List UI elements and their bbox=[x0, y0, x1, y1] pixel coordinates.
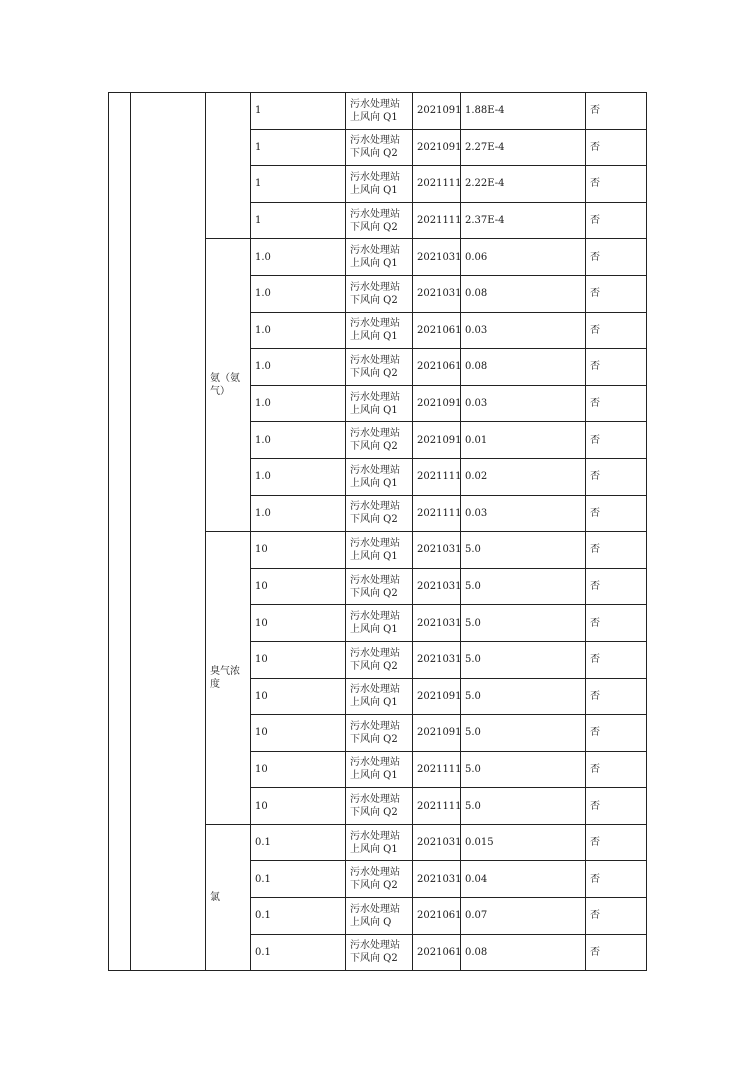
limit-cell: 10 bbox=[251, 568, 346, 605]
measured-value-cell: 0.01 bbox=[461, 422, 586, 459]
limit-cell: 0.1 bbox=[251, 824, 346, 861]
exceed-standard-cell: 否 bbox=[586, 349, 647, 386]
measured-value-cell: 0.04 bbox=[461, 861, 586, 898]
limit-cell: 10 bbox=[251, 641, 346, 678]
monitoring-point-cell: 污水处理站上风向 Q1 bbox=[346, 751, 413, 788]
limit-cell: 10 bbox=[251, 788, 346, 825]
monitoring-point-cell: 污水处理站下风向 Q2 bbox=[346, 202, 413, 239]
monitoring-point-line2: 下风向 Q2 bbox=[350, 587, 408, 600]
measured-value-cell: 0.06 bbox=[461, 239, 586, 276]
date-cell: 20210316 bbox=[413, 532, 461, 569]
date-cell: 20210615 bbox=[413, 349, 461, 386]
exceed-standard-cell: 否 bbox=[586, 239, 647, 276]
monitoring-point-line2: 上风向 Q1 bbox=[350, 550, 408, 563]
exceed-standard-cell: 否 bbox=[586, 824, 647, 861]
monitoring-point-line2: 下风向 Q2 bbox=[350, 733, 408, 746]
monitoring-results-table: 1污水处理站上风向 Q1202109171.88E-4否1污水处理站下风向 Q2… bbox=[108, 92, 647, 971]
exceed-standard-cell: 否 bbox=[586, 568, 647, 605]
monitoring-point-line1: 污水处理站 bbox=[350, 903, 408, 916]
monitoring-point-line2: 下风向 Q2 bbox=[350, 294, 408, 307]
monitoring-point-line1: 污水处理站 bbox=[350, 647, 408, 660]
limit-cell: 10 bbox=[251, 715, 346, 752]
monitoring-point-cell: 污水处理站下风向 Q2 bbox=[346, 861, 413, 898]
date-cell: 20210316 bbox=[413, 568, 461, 605]
measured-value-cell: 0.08 bbox=[461, 275, 586, 312]
category-column-cell bbox=[131, 93, 206, 971]
exceed-standard-cell: 否 bbox=[586, 495, 647, 532]
date-cell: 20211118 bbox=[413, 788, 461, 825]
monitoring-point-cell: 污水处理站下风向 Q2 bbox=[346, 275, 413, 312]
limit-cell: 1 bbox=[251, 166, 346, 203]
monitoring-point-cell: 污水处理站上风向 Q1 bbox=[346, 532, 413, 569]
monitoring-point-line1: 污水处理站 bbox=[350, 574, 408, 587]
measured-value-cell: 5.0 bbox=[461, 605, 586, 642]
exceed-standard-cell: 否 bbox=[586, 934, 647, 971]
monitoring-point-line2: 上风向 Q1 bbox=[350, 257, 408, 270]
date-cell: 20210316 bbox=[413, 239, 461, 276]
monitoring-point-line2: 上风向 Q1 bbox=[350, 111, 408, 124]
limit-cell: 1.0 bbox=[251, 458, 346, 495]
exceed-standard-cell: 否 bbox=[586, 422, 647, 459]
measured-value-cell: 2.22E-4 bbox=[461, 166, 586, 203]
monitoring-point-cell: 污水处理站下风向 Q2 bbox=[346, 349, 413, 386]
monitoring-point-cell: 污水处理站上风向 Q1 bbox=[346, 312, 413, 349]
monitoring-point-line2: 上风向 Q1 bbox=[350, 623, 408, 636]
monitoring-point-cell: 污水处理站上风向 Q1 bbox=[346, 678, 413, 715]
monitoring-point-line2: 下风向 Q2 bbox=[350, 367, 408, 380]
date-cell: 20210316 bbox=[413, 824, 461, 861]
measured-value-cell: 1.88E-4 bbox=[461, 93, 586, 130]
exceed-standard-cell: 否 bbox=[586, 788, 647, 825]
measured-value-cell: 5.0 bbox=[461, 678, 586, 715]
exceed-standard-cell: 否 bbox=[586, 898, 647, 935]
date-cell: 20210316 bbox=[413, 861, 461, 898]
monitoring-point-line1: 污水处理站 bbox=[350, 756, 408, 769]
measured-value-cell: 0.015 bbox=[461, 824, 586, 861]
measured-value-cell: 0.03 bbox=[461, 312, 586, 349]
monitoring-point-cell: 污水处理站上风向 Q bbox=[346, 898, 413, 935]
exceed-standard-cell: 否 bbox=[586, 275, 647, 312]
pollutant-cell: 臭气浓度 bbox=[206, 532, 251, 825]
measured-value-cell: 0.07 bbox=[461, 898, 586, 935]
monitoring-point-line2: 上风向 Q1 bbox=[350, 184, 408, 197]
monitoring-point-line1: 污水处理站 bbox=[350, 208, 408, 221]
limit-cell: 1.0 bbox=[251, 385, 346, 422]
monitoring-point-line1: 污水处理站 bbox=[350, 281, 408, 294]
limit-cell: 0.1 bbox=[251, 934, 346, 971]
limit-cell: 1.0 bbox=[251, 312, 346, 349]
date-cell: 20210316 bbox=[413, 275, 461, 312]
table-row: 1污水处理站上风向 Q1202109171.88E-4否 bbox=[109, 93, 647, 130]
measured-value-cell: 5.0 bbox=[461, 568, 586, 605]
monitoring-point-line2: 下风向 Q2 bbox=[350, 879, 408, 892]
date-cell: 20211118 bbox=[413, 751, 461, 788]
monitoring-point-line2: 上风向 Q1 bbox=[350, 843, 408, 856]
date-cell: 20210615 bbox=[413, 934, 461, 971]
date-cell: 20211118 bbox=[413, 458, 461, 495]
monitoring-point-line2: 下风向 Q2 bbox=[350, 147, 408, 160]
measured-value-cell: 2.37E-4 bbox=[461, 202, 586, 239]
date-cell: 20211118 bbox=[413, 495, 461, 532]
monitoring-point-cell: 污水处理站上风向 Q1 bbox=[346, 93, 413, 130]
exceed-standard-cell: 否 bbox=[586, 166, 647, 203]
measured-value-cell: 5.0 bbox=[461, 641, 586, 678]
monitoring-point-line1: 污水处理站 bbox=[350, 683, 408, 696]
monitoring-point-line2: 上风向 Q1 bbox=[350, 330, 408, 343]
limit-cell: 1.0 bbox=[251, 239, 346, 276]
monitoring-point-line1: 污水处理站 bbox=[350, 317, 408, 330]
monitoring-point-line2: 下风向 Q2 bbox=[350, 221, 408, 234]
exceed-standard-cell: 否 bbox=[586, 678, 647, 715]
limit-cell: 1.0 bbox=[251, 349, 346, 386]
limit-cell: 1.0 bbox=[251, 422, 346, 459]
limit-cell: 10 bbox=[251, 605, 346, 642]
exceed-standard-cell: 否 bbox=[586, 641, 647, 678]
monitoring-point-line2: 上风向 Q1 bbox=[350, 696, 408, 709]
measured-value-cell: 2.27E-4 bbox=[461, 129, 586, 166]
limit-cell: 10 bbox=[251, 751, 346, 788]
monitoring-point-cell: 污水处理站上风向 Q1 bbox=[346, 239, 413, 276]
monitoring-point-line1: 污水处理站 bbox=[350, 427, 408, 440]
monitoring-point-cell: 污水处理站上风向 Q1 bbox=[346, 166, 413, 203]
date-cell: 20210917 bbox=[413, 715, 461, 752]
exceed-standard-cell: 否 bbox=[586, 312, 647, 349]
monitoring-point-cell: 污水处理站下风向 Q2 bbox=[346, 788, 413, 825]
measured-value-cell: 0.03 bbox=[461, 385, 586, 422]
limit-cell: 1 bbox=[251, 202, 346, 239]
limit-cell: 1 bbox=[251, 129, 346, 166]
measured-value-cell: 5.0 bbox=[461, 788, 586, 825]
monitoring-point-line1: 污水处理站 bbox=[350, 500, 408, 513]
monitoring-point-cell: 污水处理站上风向 Q1 bbox=[346, 605, 413, 642]
monitoring-point-cell: 污水处理站上风向 Q1 bbox=[346, 385, 413, 422]
measured-value-cell: 0.03 bbox=[461, 495, 586, 532]
measured-value-cell: 0.08 bbox=[461, 934, 586, 971]
pollutant-cell bbox=[206, 93, 251, 239]
monitoring-point-cell: 污水处理站下风向 Q2 bbox=[346, 129, 413, 166]
exceed-standard-cell: 否 bbox=[586, 532, 647, 569]
monitoring-point-cell: 污水处理站下风向 Q2 bbox=[346, 934, 413, 971]
date-cell: 20210917 bbox=[413, 385, 461, 422]
date-cell: 20210615 bbox=[413, 898, 461, 935]
monitoring-point-line1: 污水处理站 bbox=[350, 610, 408, 623]
exceed-standard-cell: 否 bbox=[586, 861, 647, 898]
exceed-standard-cell: 否 bbox=[586, 129, 647, 166]
monitoring-point-line1: 污水处理站 bbox=[350, 866, 408, 879]
measured-value-cell: 5.0 bbox=[461, 751, 586, 788]
monitoring-point-cell: 污水处理站下风向 Q2 bbox=[346, 422, 413, 459]
measured-value-cell: 0.02 bbox=[461, 458, 586, 495]
measured-value-cell: 5.0 bbox=[461, 715, 586, 752]
index-column-cell bbox=[109, 93, 131, 971]
limit-cell: 10 bbox=[251, 678, 346, 715]
monitoring-point-line1: 污水处理站 bbox=[350, 134, 408, 147]
monitoring-point-line2: 下风向 Q2 bbox=[350, 952, 408, 965]
monitoring-point-line2: 上风向 Q bbox=[350, 916, 408, 929]
monitoring-point-line1: 污水处理站 bbox=[350, 391, 408, 404]
monitoring-point-line2: 下风向 Q2 bbox=[350, 513, 408, 526]
monitoring-point-line1: 污水处理站 bbox=[350, 354, 408, 367]
exceed-standard-cell: 否 bbox=[586, 93, 647, 130]
monitoring-point-cell: 污水处理站下风向 Q2 bbox=[346, 641, 413, 678]
monitoring-point-line1: 污水处理站 bbox=[350, 98, 408, 111]
measured-value-cell: 0.08 bbox=[461, 349, 586, 386]
limit-cell: 1 bbox=[251, 93, 346, 130]
monitoring-point-line1: 污水处理站 bbox=[350, 939, 408, 952]
table-body: 1污水处理站上风向 Q1202109171.88E-4否1污水处理站下风向 Q2… bbox=[109, 93, 647, 971]
pollutant-cell: 氯 bbox=[206, 824, 251, 970]
monitoring-point-cell: 污水处理站上风向 Q1 bbox=[346, 458, 413, 495]
date-cell: 20210316 bbox=[413, 641, 461, 678]
monitoring-point-line2: 下风向 Q2 bbox=[350, 440, 408, 453]
date-cell: 20210316 bbox=[413, 605, 461, 642]
monitoring-point-line2: 下风向 Q2 bbox=[350, 660, 408, 673]
monitoring-point-cell: 污水处理站下风向 Q2 bbox=[346, 568, 413, 605]
limit-cell: 1.0 bbox=[251, 275, 346, 312]
monitoring-point-line2: 下风向 Q2 bbox=[350, 806, 408, 819]
limit-cell: 0.1 bbox=[251, 861, 346, 898]
exceed-standard-cell: 否 bbox=[586, 605, 647, 642]
monitoring-point-line2: 上风向 Q1 bbox=[350, 477, 408, 490]
exceed-standard-cell: 否 bbox=[586, 202, 647, 239]
measured-value-cell: 5.0 bbox=[461, 532, 586, 569]
monitoring-point-line2: 上风向 Q1 bbox=[350, 769, 408, 782]
monitoring-point-line2: 上风向 Q1 bbox=[350, 404, 408, 417]
exceed-standard-cell: 否 bbox=[586, 458, 647, 495]
monitoring-point-cell: 污水处理站下风向 Q2 bbox=[346, 495, 413, 532]
date-cell: 20210615 bbox=[413, 312, 461, 349]
monitoring-point-cell: 污水处理站下风向 Q2 bbox=[346, 715, 413, 752]
limit-cell: 1.0 bbox=[251, 495, 346, 532]
monitoring-point-line1: 污水处理站 bbox=[350, 720, 408, 733]
date-cell: 20210917 bbox=[413, 678, 461, 715]
monitoring-point-line1: 污水处理站 bbox=[350, 171, 408, 184]
date-cell: 20211118 bbox=[413, 166, 461, 203]
exceed-standard-cell: 否 bbox=[586, 715, 647, 752]
monitoring-point-line1: 污水处理站 bbox=[350, 464, 408, 477]
limit-cell: 0.1 bbox=[251, 898, 346, 935]
monitoring-point-line1: 污水处理站 bbox=[350, 793, 408, 806]
date-cell: 20210917 bbox=[413, 129, 461, 166]
pollutant-cell: 氨（氨气） bbox=[206, 239, 251, 532]
date-cell: 20210917 bbox=[413, 93, 461, 130]
monitoring-point-line1: 污水处理站 bbox=[350, 830, 408, 843]
exceed-standard-cell: 否 bbox=[586, 385, 647, 422]
monitoring-point-cell: 污水处理站上风向 Q1 bbox=[346, 824, 413, 861]
date-cell: 20210917 bbox=[413, 422, 461, 459]
date-cell: 20211118 bbox=[413, 202, 461, 239]
monitoring-point-line1: 污水处理站 bbox=[350, 244, 408, 257]
monitoring-point-line1: 污水处理站 bbox=[350, 537, 408, 550]
exceed-standard-cell: 否 bbox=[586, 751, 647, 788]
limit-cell: 10 bbox=[251, 532, 346, 569]
